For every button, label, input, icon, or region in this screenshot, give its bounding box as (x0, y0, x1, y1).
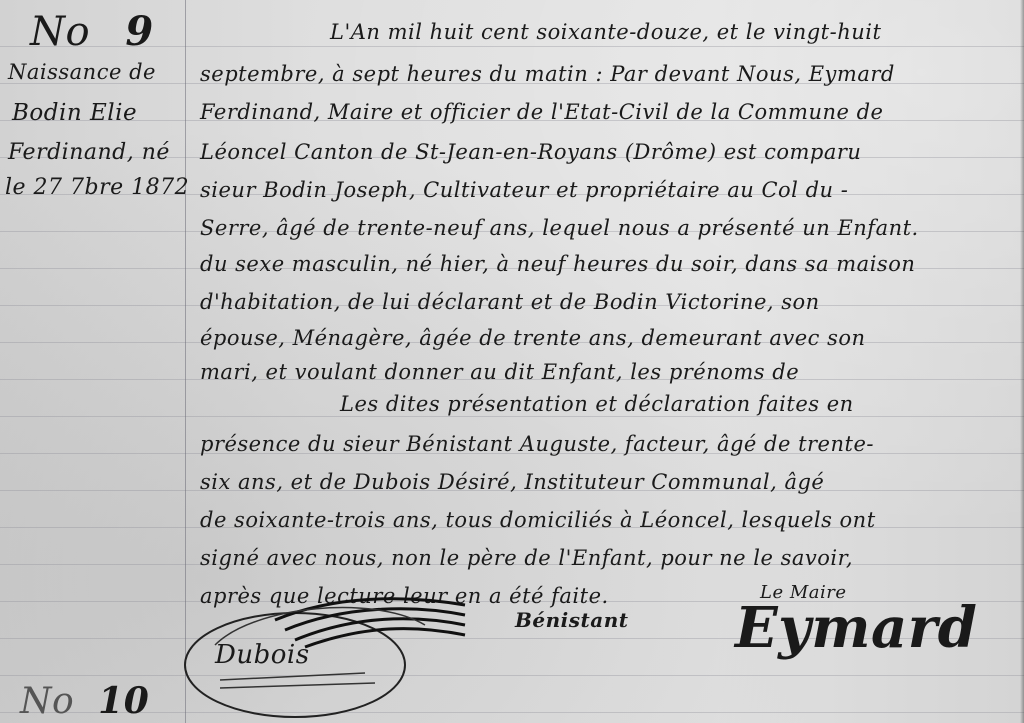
record-text-line: sieur Bodin Joseph, Cultivateur et propr… (200, 178, 848, 202)
record-text-line: mari, et voulant donner au dit Enfant, l… (200, 360, 799, 384)
page-edge-shadow (1020, 0, 1024, 723)
record-text-line: d'habitation, de lui déclarant et de Bod… (200, 290, 820, 314)
record-text-line: Ferdinand, Maire et officier de l'Etat-C… (200, 100, 884, 124)
margin-entry-line: le 27 7bre 1872 (5, 175, 189, 200)
entry-number-label: No (30, 9, 90, 55)
entry-number-value: 9 (125, 8, 153, 55)
record-text-line: Les dites présentation et déclaration fa… (340, 392, 854, 416)
record-text-line: L'An mil huit cent soixante-douze, et le… (330, 20, 881, 44)
record-text-line: six ans, et de Dubois Désiré, Instituteu… (200, 470, 824, 494)
witness-signature-dubois: Dubois (215, 640, 310, 670)
mayor-signature: Eymard (735, 595, 977, 661)
entry-number: No 9 (30, 8, 154, 55)
witness-signature-benistant: Bénistant (515, 608, 629, 632)
record-text-line: Léoncel Canton de St-Jean-en-Royans (Drô… (200, 140, 861, 164)
record-text-line: septembre, à sept heures du matin : Par … (200, 62, 895, 86)
next-entry-number: No 10 (20, 680, 149, 722)
margin-entry-line: Bodin Elie (12, 100, 137, 126)
record-text-line: du sexe masculin, né hier, à neuf heures… (200, 252, 915, 276)
margin-entry-line: Naissance de (8, 60, 156, 84)
margin-entry-line: Ferdinand, né (8, 140, 170, 165)
next-entry-number-label: No (20, 681, 74, 722)
record-text-line: Serre, âgé de trente-neuf ans, lequel no… (200, 216, 919, 240)
record-text-line: de soixante-trois ans, tous domiciliés à… (200, 508, 876, 532)
next-entry-number-value: 10 (98, 680, 149, 722)
record-text-line: signé avec nous, non le père de l'Enfant… (200, 546, 853, 570)
record-text-line: épouse, Ménagère, âgée de trente ans, de… (200, 326, 866, 350)
record-text-line: présence du sieur Bénistant Auguste, fac… (200, 432, 874, 456)
